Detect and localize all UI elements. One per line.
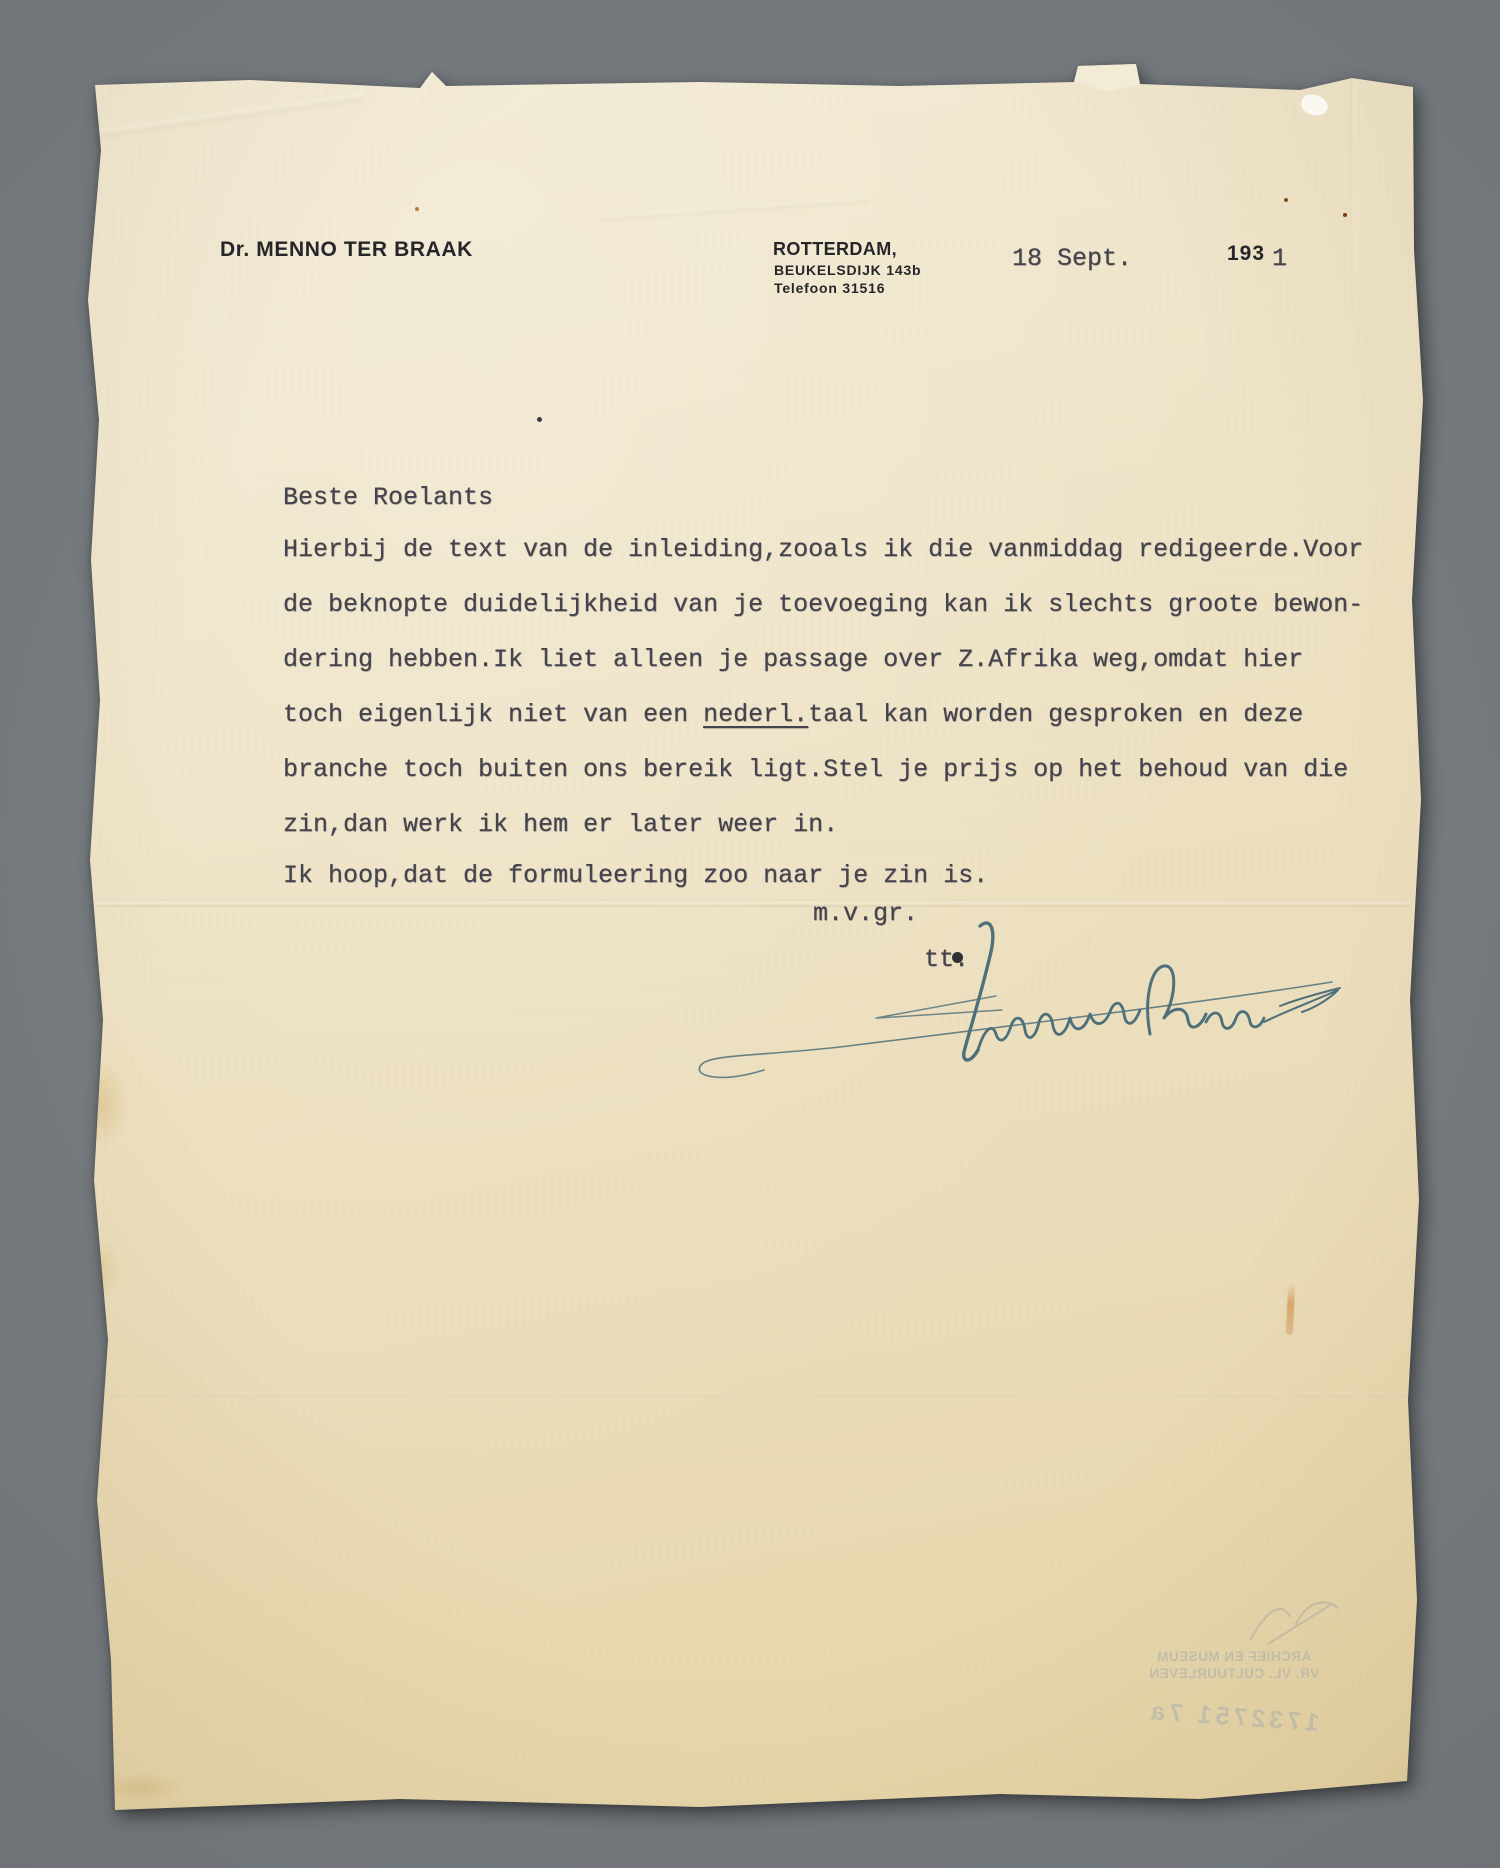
body-line-3: dering hebben.Ik liet alleen je passage …	[283, 646, 1303, 674]
scan-background: Dr. MENNO TER BRAAK ROTTERDAM, BEUKELSDI…	[0, 0, 1500, 1868]
rust-speck-3	[415, 207, 419, 211]
letterhead-sender: Dr. MENNO TER BRAAK	[220, 238, 473, 262]
rust-speck-1	[1284, 198, 1288, 202]
body-line-2: de beknopte duidelijkheid van je toevoeg…	[283, 591, 1363, 619]
letterhead-phone: Telefoon 31516	[774, 280, 885, 296]
body-line-4: toch eigenlijk niet van een nederl.taal …	[283, 701, 1303, 729]
body-line-7: Ik hoop,dat de formuleering zoo naar je …	[283, 862, 988, 890]
ghost-stamp-verso: ARCHIEF EN MUSEUM VR. VL. CULTUURLEVEN	[1128, 1648, 1340, 1682]
body-line-4-post: taal kan worden gesproken en deze	[808, 700, 1303, 729]
body-line-1: Hierbij de text van de inleiding,zooals …	[283, 536, 1363, 564]
typed-year-digit: 1	[1272, 245, 1287, 273]
ghost-stamp-line2: VR. VL. CULTUURLEVEN	[1128, 1665, 1340, 1682]
letterhead-year-printed: 193	[1227, 242, 1265, 266]
body-line-4-pre: toch eigenlijk niet van een	[283, 700, 703, 729]
ghost-pencil-mark	[1238, 1588, 1358, 1653]
body-line-4-underlined: nederl.	[703, 700, 808, 729]
rust-speck-2	[1343, 213, 1347, 217]
letter-paper: Dr. MENNO TER BRAAK ROTTERDAM, BEUKELSDI…	[0, 0, 1500, 1868]
ink-speck	[537, 417, 542, 422]
signature-handwritten	[680, 918, 1360, 1098]
salutation: Beste Roelants	[283, 484, 493, 512]
body-line-6: zin,dan werk ik hem er later weer in.	[283, 811, 838, 839]
typed-date: 18 Sept.	[1012, 245, 1132, 273]
body-line-5: branche toch buiten ons bereik ligt.Stel…	[283, 756, 1348, 784]
letterhead-street: BEUKELSDIJK 143b	[774, 262, 921, 278]
letterhead-city: ROTTERDAM,	[773, 239, 897, 260]
